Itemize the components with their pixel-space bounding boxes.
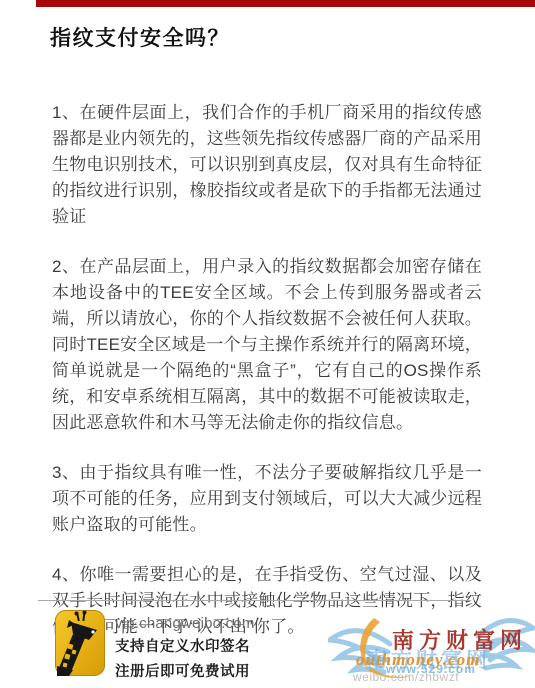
- watermark-site-name: 南方财富网: [392, 624, 527, 655]
- giraffe-icon: [55, 610, 105, 676]
- promo-line-2: 注册后即可免费试用: [115, 660, 295, 681]
- changweibo-link[interactable]: vip.changweibo.com: [115, 615, 295, 632]
- page-title: 指纹支付安全吗？: [50, 22, 230, 52]
- paragraph-3: 3、由于指纹具有唯一性，不法分子要破解指纹几乎是一项不可能的任务，应用到支付领域…: [52, 460, 482, 538]
- promo-line-1: 支持自定义水印签名: [115, 635, 295, 656]
- watermark-weibo-handle: weibo.com/zhbwzf: [353, 670, 459, 684]
- footer-promo: vip.changweibo.com 支持自定义水印签名 注册后即可免费试用: [115, 615, 295, 685]
- article-body: 1、在硬件层面上，我们合作的手机厂商采用的指纹传感器都是业内领先的，这些领先指纹…: [52, 100, 482, 664]
- article-page: 指纹支付安全吗？ 1、在硬件层面上，我们合作的手机厂商采用的指纹传感器都是业内领…: [0, 0, 535, 688]
- paragraph-1: 1、在硬件层面上，我们合作的手机厂商采用的指纹传感器都是业内领先的，这些领先指纹…: [52, 100, 482, 230]
- paragraph-2: 2、在产品层面上，用户录入的指纹数据都会加密存储在本地设备中的TEE安全区域。不…: [52, 254, 482, 436]
- watermark-block: 南方财富网 outhmoney.com www.529.com weibo.co…: [328, 598, 535, 688]
- top-accent-bar: [36, 0, 535, 7]
